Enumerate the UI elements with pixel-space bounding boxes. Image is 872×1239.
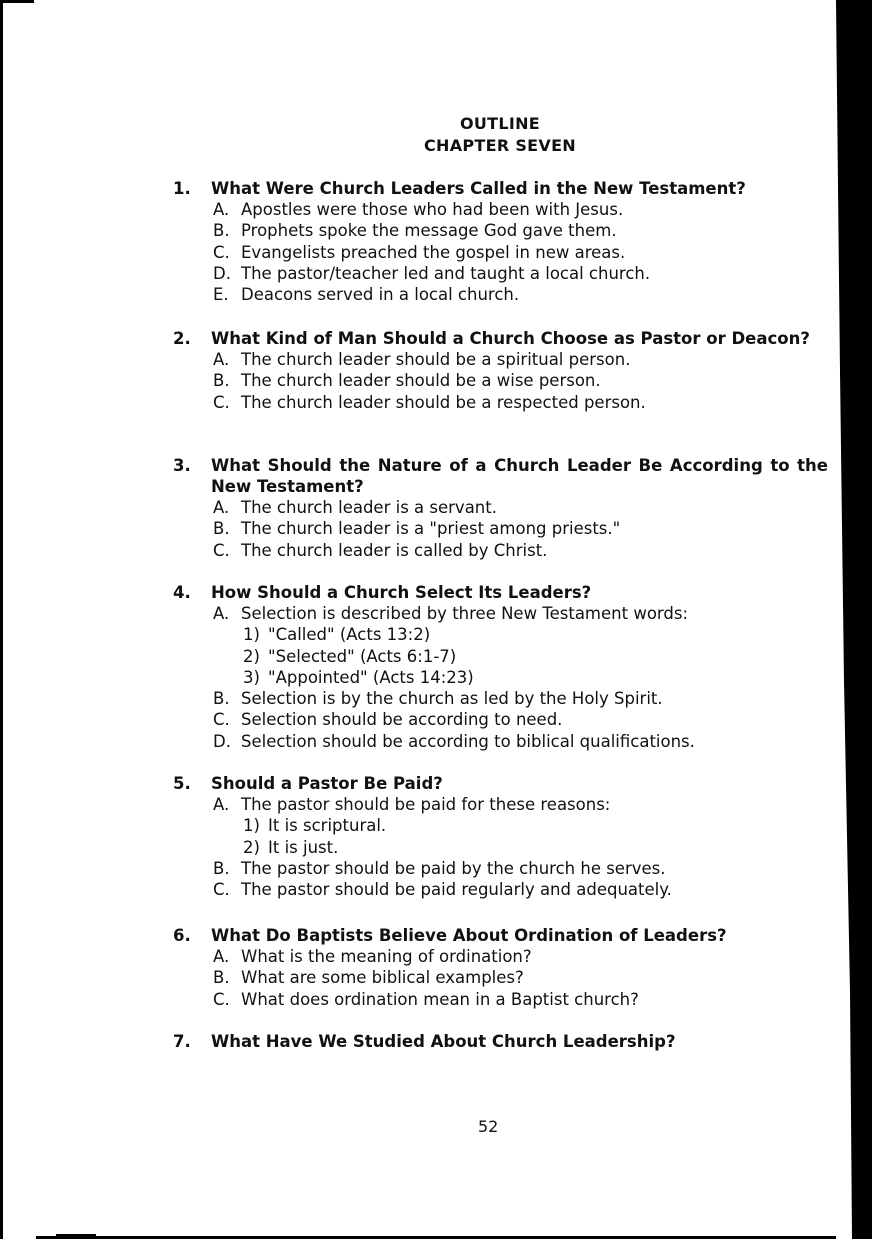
item-label: D. bbox=[213, 731, 241, 752]
section-question: 3. What Should the Nature of a Church Le… bbox=[173, 455, 828, 497]
item-text: The church leader should be a respected … bbox=[241, 392, 646, 413]
item-text: The church leader should be a wise perso… bbox=[241, 370, 601, 391]
item-label: C. bbox=[213, 540, 241, 561]
item-text: The pastor should be paid for these reas… bbox=[241, 794, 610, 815]
outline-section-6: 6. What Do Baptists Believe About Ordina… bbox=[173, 925, 828, 1010]
outline-item: A.The pastor should be paid for these re… bbox=[173, 794, 828, 815]
section-number: 5. bbox=[173, 773, 211, 794]
outline-title: OUTLINE bbox=[0, 114, 872, 133]
outline-item: D.Selection should be according to bibli… bbox=[173, 731, 828, 752]
section-question: 1. What Were Church Leaders Called in th… bbox=[173, 178, 828, 199]
subitem-text: "Selected" (Acts 6:1-7) bbox=[268, 646, 456, 667]
item-text: Selection is described by three New Test… bbox=[241, 603, 688, 624]
item-text: The church leader should be a spiritual … bbox=[241, 349, 630, 370]
subitem-label: 2) bbox=[243, 646, 268, 667]
item-label: B. bbox=[213, 858, 241, 879]
outline-section-5: 5. Should a Pastor Be Paid? A.The pastor… bbox=[173, 773, 828, 900]
outline-item: D.The pastor/teacher led and taught a lo… bbox=[173, 263, 828, 284]
item-label: B. bbox=[213, 688, 241, 709]
section-question: 7. What Have We Studied About Church Lea… bbox=[173, 1031, 828, 1052]
question-text: What Have We Studied About Church Leader… bbox=[211, 1031, 828, 1052]
outline-item: B.The church leader is a "priest among p… bbox=[173, 518, 828, 539]
question-text: How Should a Church Select Its Leaders? bbox=[211, 582, 828, 603]
outline-item: A.Selection is described by three New Te… bbox=[173, 603, 828, 624]
outline-section-4: 4. How Should a Church Select Its Leader… bbox=[173, 582, 828, 752]
item-label: A. bbox=[213, 603, 241, 624]
item-label: A. bbox=[213, 199, 241, 220]
outline-item: B.The church leader should be a wise per… bbox=[173, 370, 828, 391]
item-label: B. bbox=[213, 967, 241, 988]
scan-border-bottom-mark bbox=[56, 1234, 96, 1236]
outline-item: C.The church leader should be a respecte… bbox=[173, 392, 828, 413]
page-number: 52 bbox=[478, 1117, 498, 1136]
question-text: What Do Baptists Believe About Ordinatio… bbox=[211, 925, 828, 946]
subitem-label: 2) bbox=[243, 837, 268, 858]
item-text: What are some biblical examples? bbox=[241, 967, 524, 988]
question-text: What Kind of Man Should a Church Choose … bbox=[211, 328, 828, 349]
chapter-title: CHAPTER SEVEN bbox=[0, 136, 872, 155]
subitem-label: 1) bbox=[243, 624, 268, 645]
section-question: 4. How Should a Church Select Its Leader… bbox=[173, 582, 828, 603]
item-label: B. bbox=[213, 220, 241, 241]
section-number: 3. bbox=[173, 455, 211, 497]
item-text: Prophets spoke the message God gave them… bbox=[241, 220, 617, 241]
item-text: The pastor/teacher led and taught a loca… bbox=[241, 263, 650, 284]
item-text: The pastor should be paid regularly and … bbox=[241, 879, 672, 900]
item-label: B. bbox=[213, 370, 241, 391]
item-text: Deacons served in a local church. bbox=[241, 284, 519, 305]
item-text: The church leader is called by Christ. bbox=[241, 540, 547, 561]
subitem-text: It is scriptural. bbox=[268, 815, 386, 836]
outline-item: B.What are some biblical examples? bbox=[173, 967, 828, 988]
outline-item: A.What is the meaning of ordination? bbox=[173, 946, 828, 967]
question-text: What Were Church Leaders Called in the N… bbox=[211, 178, 828, 199]
subitem-text: It is just. bbox=[268, 837, 338, 858]
outline-section-3: 3. What Should the Nature of a Church Le… bbox=[173, 455, 828, 561]
outline-section-7: 7. What Have We Studied About Church Lea… bbox=[173, 1031, 828, 1052]
outline-item: A.The church leader is a servant. bbox=[173, 497, 828, 518]
item-text: Selection should be according to need. bbox=[241, 709, 562, 730]
outline-subitem: 2)It is just. bbox=[173, 837, 828, 858]
item-text: The church leader is a servant. bbox=[241, 497, 497, 518]
outline-subitem: 1)It is scriptural. bbox=[173, 815, 828, 836]
outline-subitem: 3)"Appointed" (Acts 14:23) bbox=[173, 667, 828, 688]
item-label: C. bbox=[213, 709, 241, 730]
section-question: 2. What Kind of Man Should a Church Choo… bbox=[173, 328, 828, 349]
item-label: C. bbox=[213, 879, 241, 900]
outline-item: B.Prophets spoke the message God gave th… bbox=[173, 220, 828, 241]
scan-border-left bbox=[0, 0, 3, 1239]
outline-item: C.The church leader is called by Christ. bbox=[173, 540, 828, 561]
item-label: E. bbox=[213, 284, 241, 305]
question-text: What Should the Nature of a Church Leade… bbox=[211, 455, 828, 497]
outline-item: A.The church leader should be a spiritua… bbox=[173, 349, 828, 370]
outline-section-1: 1. What Were Church Leaders Called in th… bbox=[173, 178, 828, 305]
item-text: Apostles were those who had been with Je… bbox=[241, 199, 623, 220]
outline-item: B.The pastor should be paid by the churc… bbox=[173, 858, 828, 879]
item-label: C. bbox=[213, 242, 241, 263]
item-label: D. bbox=[213, 263, 241, 284]
item-label: A. bbox=[213, 349, 241, 370]
question-text: Should a Pastor Be Paid? bbox=[211, 773, 828, 794]
outline-item: C.Evangelists preached the gospel in new… bbox=[173, 242, 828, 263]
item-label: A. bbox=[213, 794, 241, 815]
item-label: C. bbox=[213, 392, 241, 413]
outline-section-2: 2. What Kind of Man Should a Church Choo… bbox=[173, 328, 828, 413]
item-text: What does ordination mean in a Baptist c… bbox=[241, 989, 639, 1010]
item-label: A. bbox=[213, 946, 241, 967]
outline-item: C.The pastor should be paid regularly an… bbox=[173, 879, 828, 900]
outline-item: C.What does ordination mean in a Baptist… bbox=[173, 989, 828, 1010]
section-question: 5. Should a Pastor Be Paid? bbox=[173, 773, 828, 794]
section-number: 6. bbox=[173, 925, 211, 946]
item-text: What is the meaning of ordination? bbox=[241, 946, 532, 967]
item-label: A. bbox=[213, 497, 241, 518]
item-label: C. bbox=[213, 989, 241, 1010]
section-question: 6. What Do Baptists Believe About Ordina… bbox=[173, 925, 828, 946]
item-text: Evangelists preached the gospel in new a… bbox=[241, 242, 625, 263]
section-number: 7. bbox=[173, 1031, 211, 1052]
scan-border-top bbox=[0, 0, 34, 3]
subitem-text: "Appointed" (Acts 14:23) bbox=[268, 667, 474, 688]
outline-subitem: 2)"Selected" (Acts 6:1-7) bbox=[173, 646, 828, 667]
outline-item: C.Selection should be according to need. bbox=[173, 709, 828, 730]
outline-item: B.Selection is by the church as led by t… bbox=[173, 688, 828, 709]
item-label: B. bbox=[213, 518, 241, 539]
section-number: 1. bbox=[173, 178, 211, 199]
subitem-label: 3) bbox=[243, 667, 268, 688]
subitem-text: "Called" (Acts 13:2) bbox=[268, 624, 430, 645]
outline-subitem: 1)"Called" (Acts 13:2) bbox=[173, 624, 828, 645]
item-text: The church leader is a "priest among pri… bbox=[241, 518, 620, 539]
outline-item: A.Apostles were those who had been with … bbox=[173, 199, 828, 220]
item-text: Selection is by the church as led by the… bbox=[241, 688, 663, 709]
section-number: 2. bbox=[173, 328, 211, 349]
item-text: Selection should be according to biblica… bbox=[241, 731, 695, 752]
subitem-label: 1) bbox=[243, 815, 268, 836]
section-number: 4. bbox=[173, 582, 211, 603]
outline-item: E.Deacons served in a local church. bbox=[173, 284, 828, 305]
scan-border-right bbox=[832, 0, 872, 1239]
item-text: The pastor should be paid by the church … bbox=[241, 858, 666, 879]
